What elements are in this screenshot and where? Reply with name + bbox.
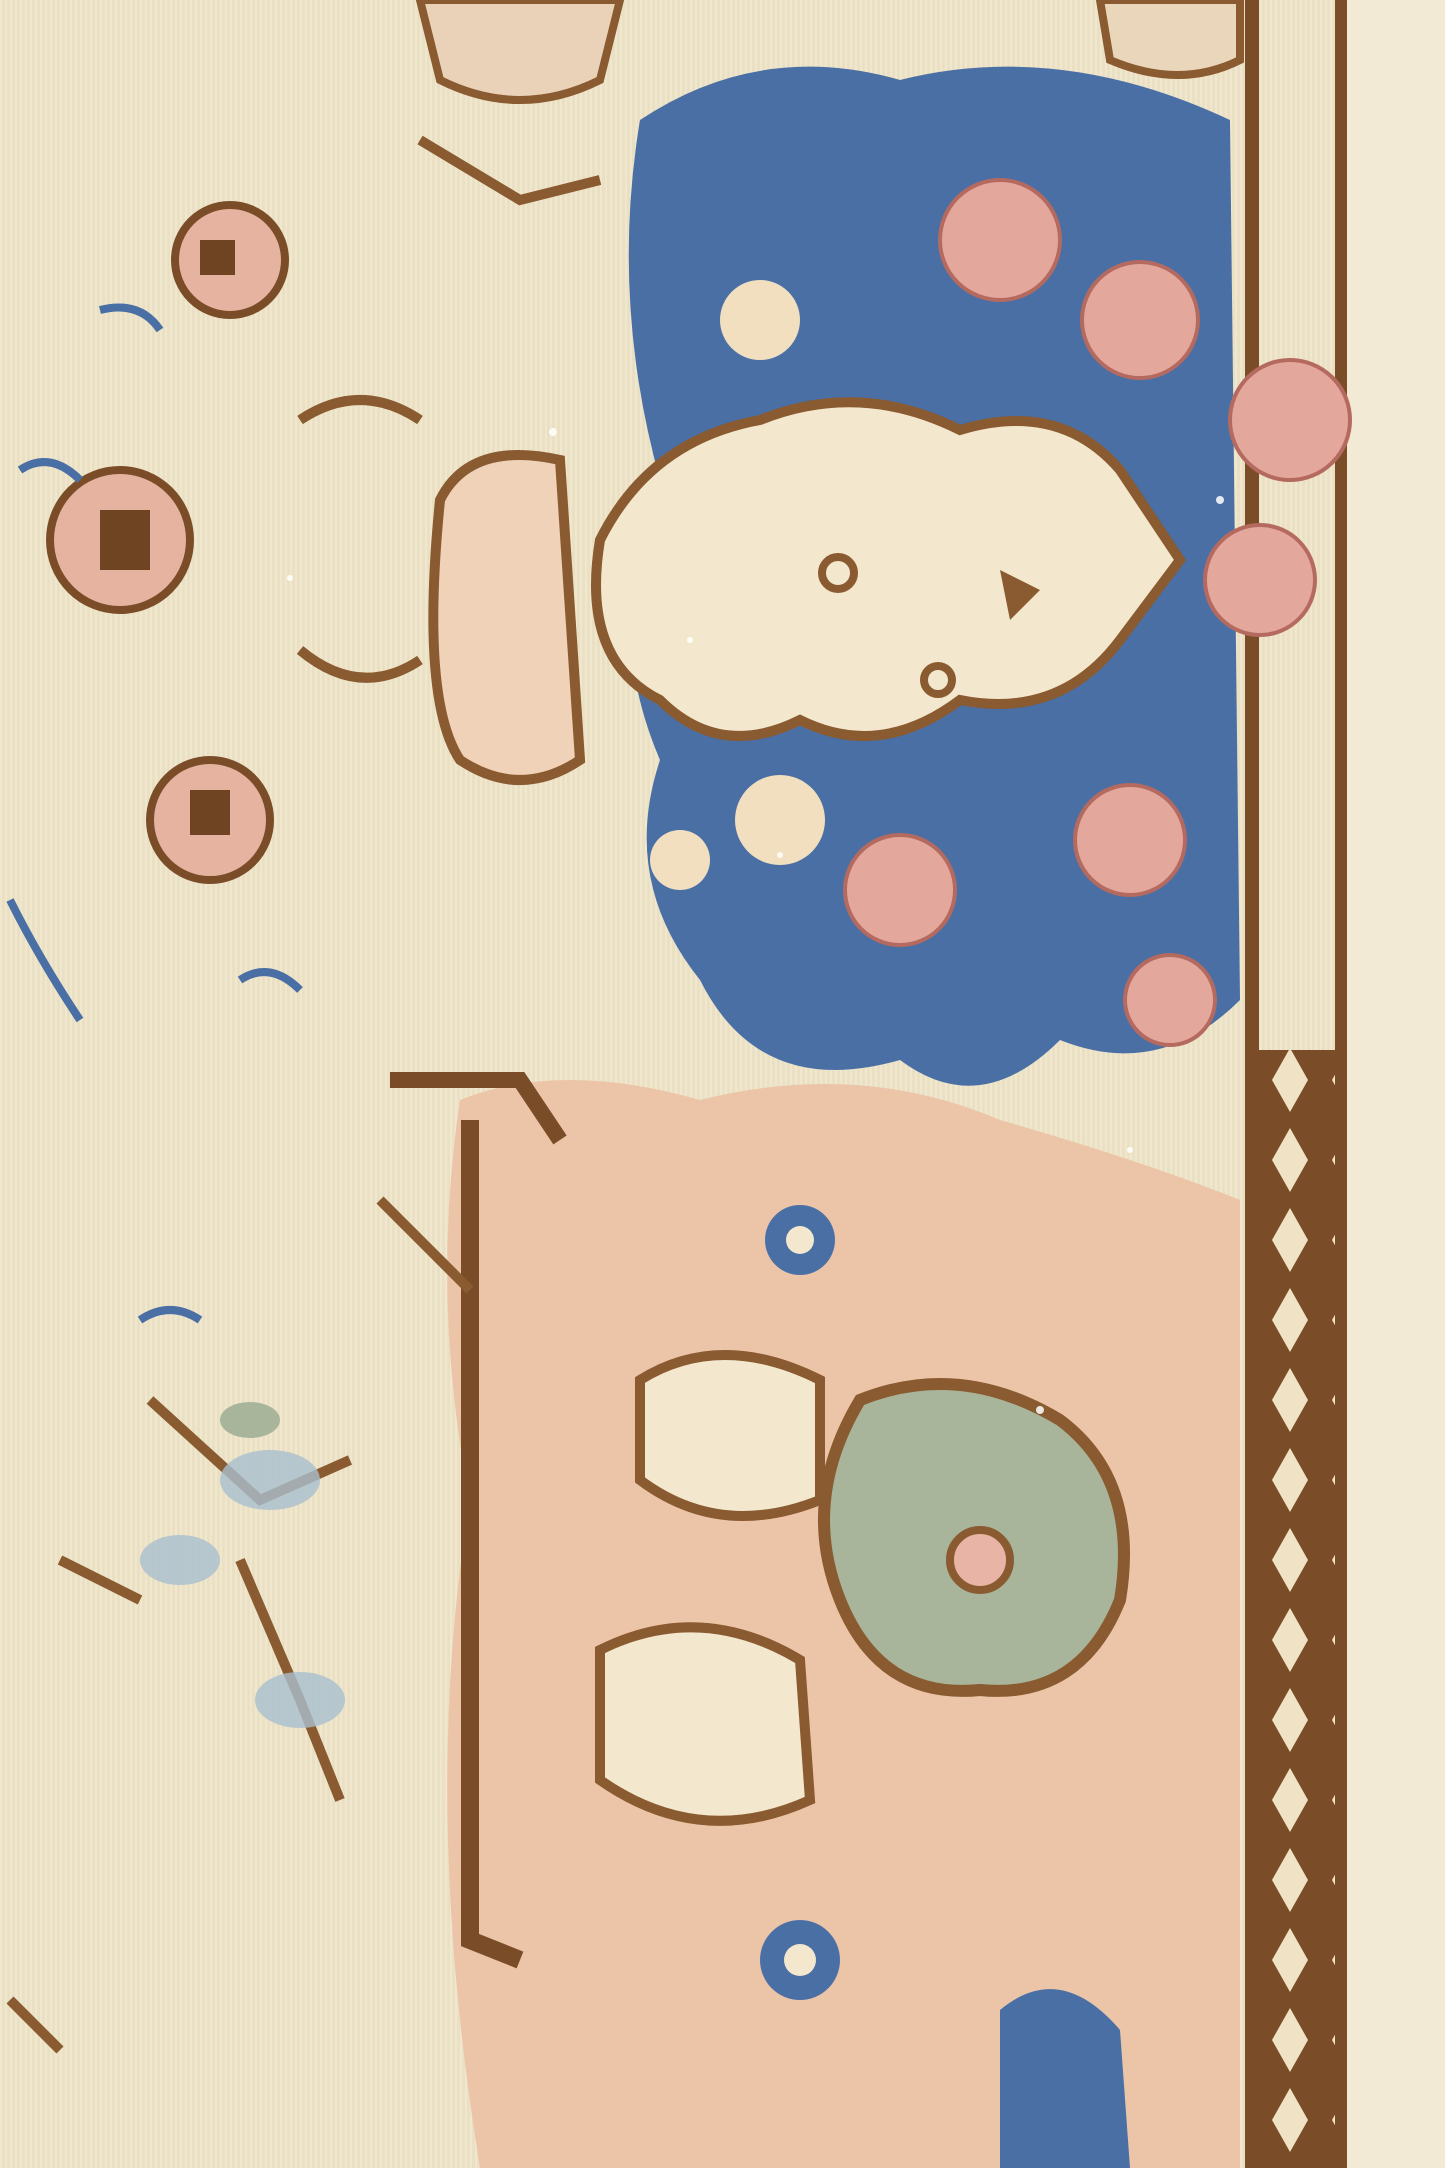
salmon-medallion bbox=[447, 1080, 1240, 2168]
brown-diamond-border bbox=[1255, 1050, 1335, 2168]
rug-pattern bbox=[0, 0, 1445, 2168]
outer-cream-border bbox=[1345, 0, 1445, 2168]
rug-photo bbox=[0, 0, 1445, 2168]
